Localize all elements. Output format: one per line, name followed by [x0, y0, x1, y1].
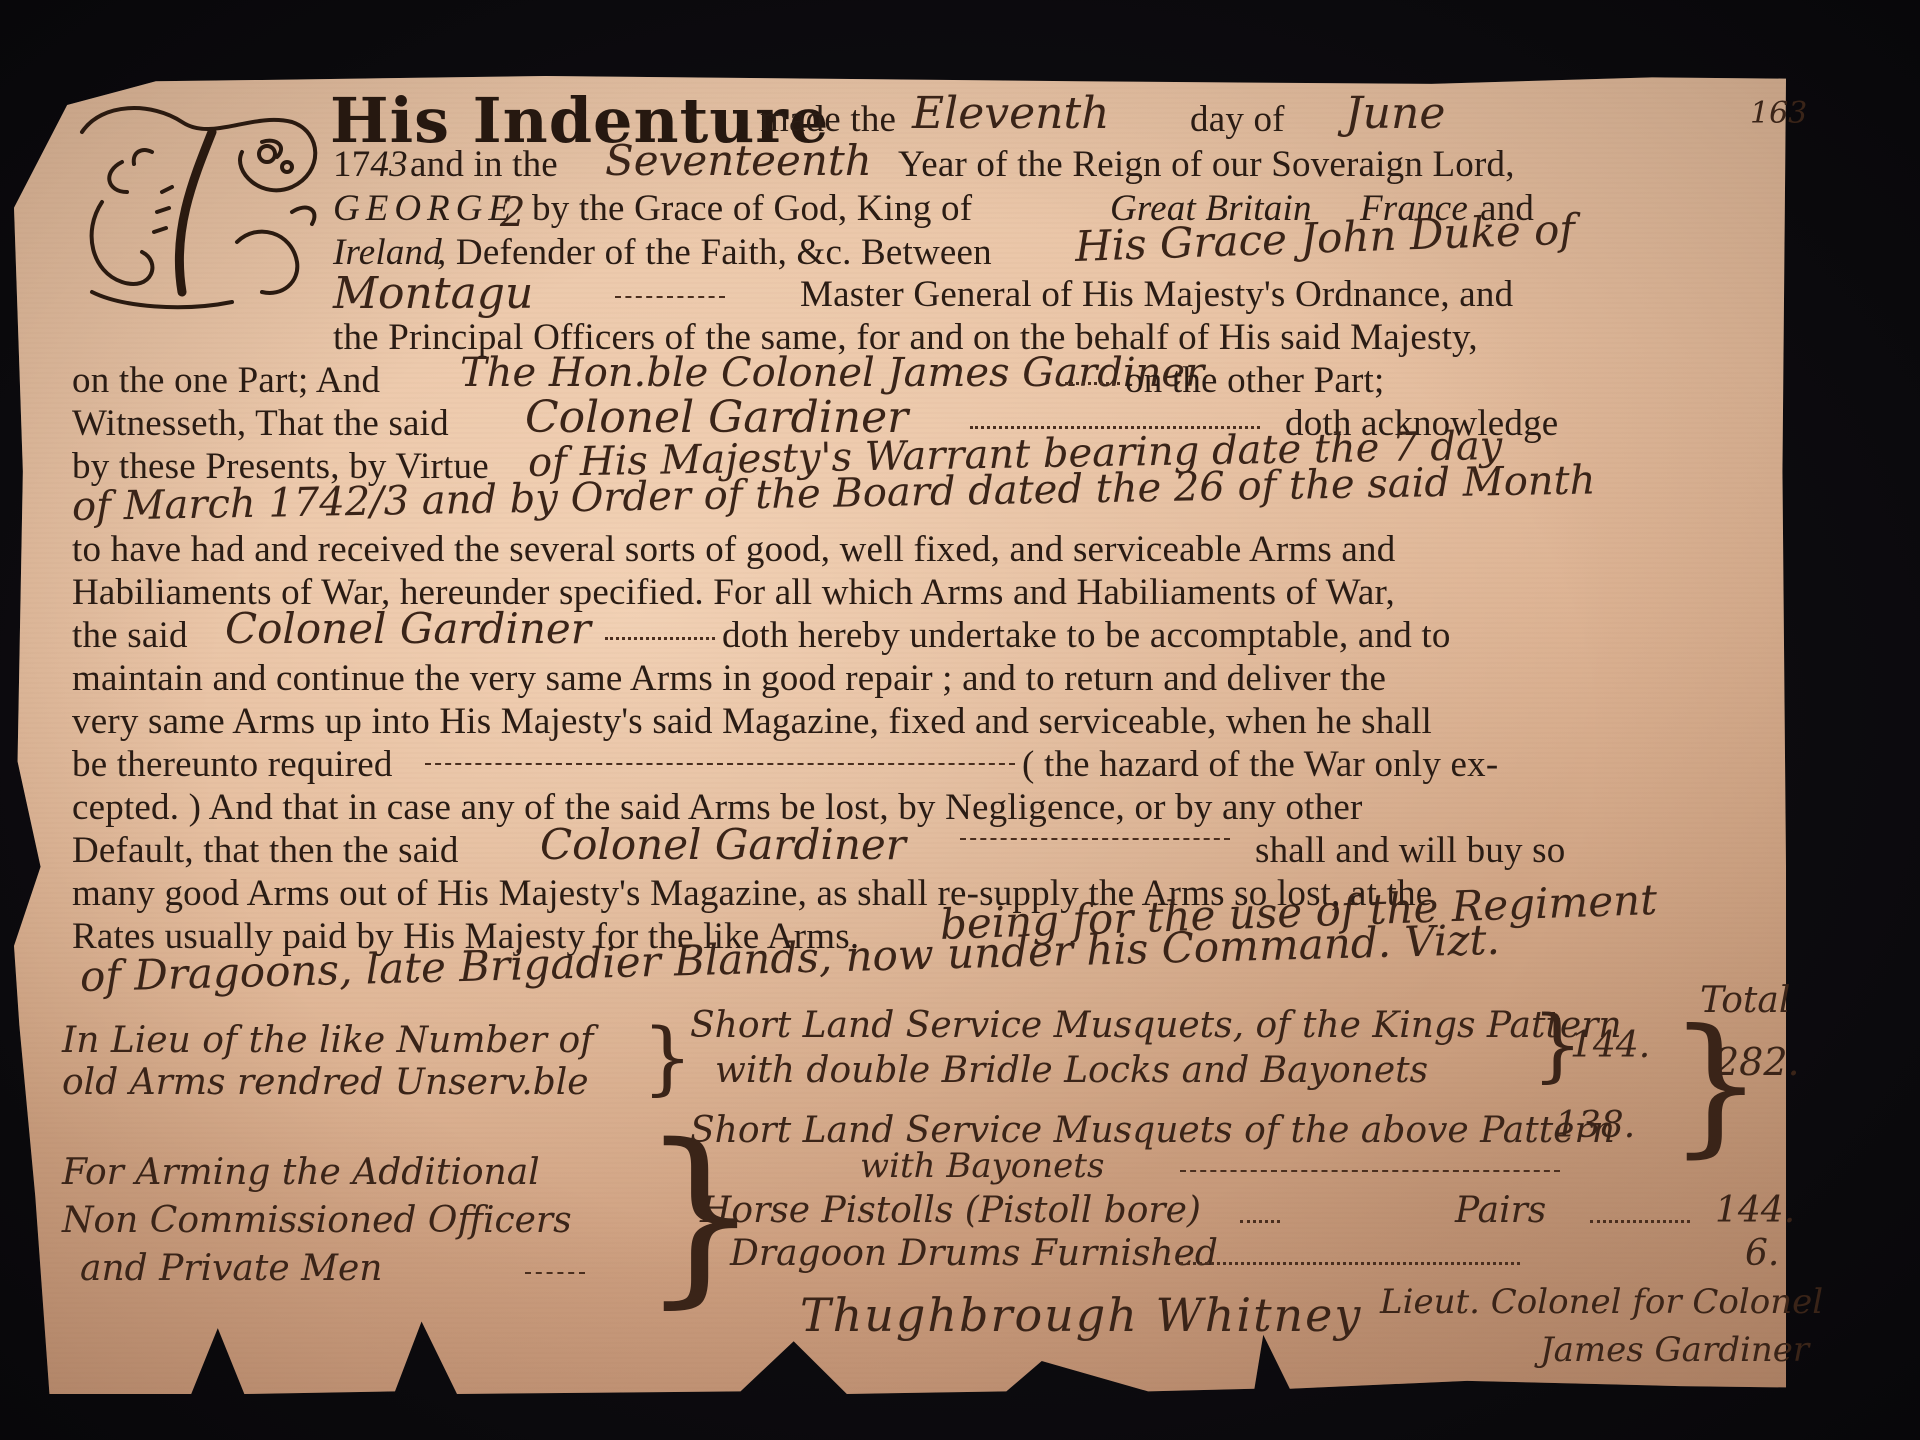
- print-and-in-the: and in the: [410, 143, 558, 186]
- group-2-item-2-quantity: 144.: [1715, 1190, 1795, 1231]
- print-year: 1743: [333, 143, 408, 186]
- group-2-purpose-line-1: For Arming the Additional: [62, 1152, 540, 1193]
- print-george: GEORGE: [333, 187, 517, 230]
- group-2-item-3-description: Dragoon Drums Furnished: [730, 1233, 1218, 1274]
- hand-day: Eleventh: [912, 88, 1109, 139]
- group-1-purpose-line-2: old Arms rendred Unserv.ble: [62, 1062, 589, 1103]
- print-one-part: on the one Part; And: [72, 359, 380, 402]
- group-1-item-1-quantity: 144.: [1570, 1025, 1650, 1066]
- photo-background: 163 His Indenture made the Eleventh day …: [0, 0, 1920, 1440]
- print-doth-hereby: doth hereby undertake to be accomptable,…: [722, 614, 1451, 657]
- signature-name: Thughbrough Whitney: [800, 1288, 1362, 1342]
- year-prefix: 17: [333, 144, 370, 185]
- hand-defaulter: Colonel Gardiner: [540, 820, 906, 869]
- print-required: be thereunto required: [72, 743, 393, 786]
- print-line-11: to have had and received the several sor…: [72, 528, 1395, 571]
- fill-line: [615, 296, 725, 298]
- print-the-said: the said: [72, 614, 188, 657]
- print-year-of-reign: Year of the Reign of our Soveraign Lord,: [898, 143, 1515, 186]
- fill-line: [960, 838, 1230, 840]
- print-other-part: on the other Part;: [1125, 359, 1384, 402]
- hand-regnal-year: Seventeenth: [605, 136, 872, 185]
- brace-icon: }: [642, 1018, 693, 1098]
- print-made-the: made the: [760, 98, 896, 141]
- fill-dots: [1180, 1262, 1520, 1265]
- fill-line: [1180, 1170, 1560, 1172]
- hand-king-numeral: 2: [500, 190, 525, 236]
- hand-party-1b: Montagu: [333, 268, 533, 319]
- group-2-purpose-line-2: Non Commissioned Officers: [62, 1200, 572, 1241]
- print-shall-buy: shall and will buy so: [1255, 829, 1565, 872]
- group-2-item-3-quantity: 6.: [1745, 1233, 1779, 1274]
- print-line-15: very same Arms up into His Majesty's sai…: [72, 700, 1432, 743]
- fill-line: [425, 763, 1015, 765]
- fill-dots: [1240, 1220, 1280, 1223]
- fill-line: [525, 1272, 585, 1274]
- year-suffix-hand: 43: [370, 144, 407, 185]
- print-grace-of-god: by the Grace of God, King of: [532, 187, 972, 230]
- group-1-item-1-line-2: with double Bridle Locks and Bayonets: [715, 1050, 1428, 1091]
- print-default: Default, that then the said: [72, 829, 459, 872]
- print-hazard: ( the hazard of the War only ex-: [1022, 743, 1498, 786]
- group-2-item-1-line-2: with Bayonets: [860, 1146, 1104, 1186]
- print-master-general: Master General of His Majesty's Ordnance…: [800, 273, 1513, 316]
- group-2-purpose-line-3: and Private Men: [80, 1248, 382, 1289]
- group-2-item-1-line-1: Short Land Service Musquets of the above…: [690, 1110, 1615, 1151]
- group-2-item-2-unit: Pairs: [1455, 1190, 1546, 1231]
- print-witnesseth: Witnesseth, That the said: [72, 402, 449, 445]
- signature-title-line-1: Lieut. Colonel for Colonel: [1380, 1282, 1823, 1322]
- page-number: 163: [1750, 96, 1807, 131]
- total-brace-icon: }: [1668, 1010, 1763, 1160]
- hand-party-2: The Hon.ble Colonel James Gardiner: [460, 350, 1204, 396]
- signature-title-line-2: James Gardiner: [1540, 1330, 1809, 1370]
- group-2-item-1-quantity: 138.: [1555, 1105, 1635, 1146]
- hand-month: June: [1345, 88, 1445, 139]
- group-1-purpose-line-1: In Lieu of the like Number of: [62, 1020, 593, 1061]
- print-day-of: day of: [1190, 98, 1285, 141]
- musket-total: 282.: [1715, 1040, 1800, 1084]
- fill-dots: [1065, 382, 1120, 385]
- hand-accountable: Colonel Gardiner: [225, 604, 591, 653]
- print-line-14: maintain and continue the very same Arms…: [72, 657, 1386, 700]
- group-2-item-2-description: Horse Pistolls (Pistoll bore): [700, 1190, 1201, 1231]
- fill-dots: [605, 637, 715, 640]
- fill-dots: [1590, 1220, 1690, 1223]
- decorative-initial-t-icon: [62, 92, 332, 322]
- group-1-item-1-line-1: Short Land Service Musquets, of the King…: [690, 1005, 1622, 1046]
